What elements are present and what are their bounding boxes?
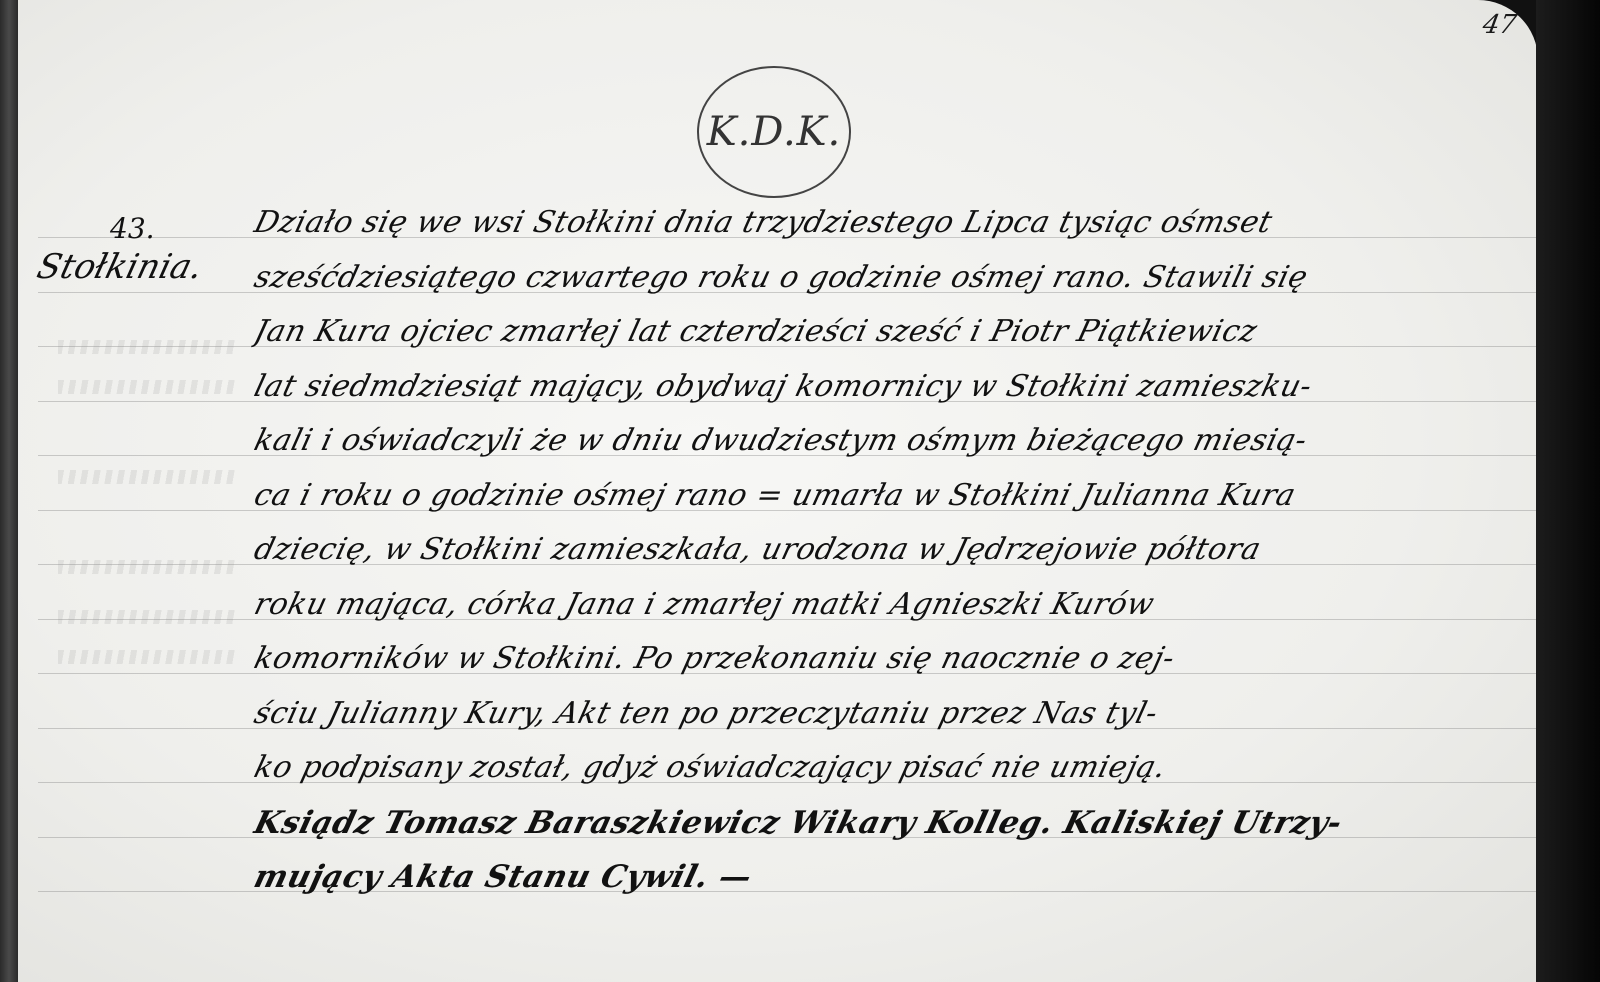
bleed-through — [58, 380, 238, 394]
record-body: Działo się we wsi Stołkini dnia trzydzie… — [248, 196, 1538, 905]
document-scan: 47 K.D.K. 43. Stołkinia. Działo się we w… — [0, 0, 1600, 982]
stamp-text: K.D.K. — [707, 109, 842, 155]
margin-entry: 43. Stołkinia. — [38, 212, 238, 287]
archive-stamp: K.D.K. — [697, 66, 851, 198]
bleed-through — [58, 560, 238, 574]
record-line: dziecię, w Stołkini zamieszkała, urodzon… — [248, 523, 1552, 578]
entry-place: Stołkinia. — [33, 247, 243, 287]
entry-number: 43. — [110, 212, 238, 245]
record-line: ko podpisany został, gdyż oświadczający … — [248, 741, 1552, 796]
record-line: kali i oświadczyli że w dniu dwudziestym… — [248, 414, 1552, 469]
record-line: lat siedmdziesiąt mający, obydwaj komorn… — [248, 360, 1552, 415]
priest-signature-line: mujący Akta Stanu Cywil. — — [248, 850, 1552, 905]
record-line: Działo się we wsi Stołkini dnia trzydzie… — [248, 196, 1552, 251]
bleed-through — [58, 340, 238, 354]
left-page-edge — [0, 0, 18, 982]
binding-shadow — [1536, 0, 1600, 982]
record-line: sześćdziesiątego czwartego roku o godzin… — [248, 251, 1552, 306]
record-line: roku mająca, córka Jana i zmarłej matki … — [248, 578, 1552, 633]
page-number: 47 — [1480, 10, 1518, 40]
record-line: ściu Julianny Kury, Akt ten po przeczyta… — [248, 687, 1552, 742]
bleed-through — [58, 650, 238, 664]
bleed-through — [58, 610, 238, 624]
record-line: komorników w Stołkini. Po przekonaniu si… — [248, 632, 1552, 687]
priest-signature-line: Ksiądz Tomasz Baraszkiewicz Wikary Kolle… — [248, 796, 1552, 851]
bleed-through — [58, 470, 238, 484]
record-line: ca i roku o godzinie ośmej rano = umarła… — [248, 469, 1552, 524]
record-line: Jan Kura ojciec zmarłej lat czterdzieści… — [248, 305, 1552, 360]
